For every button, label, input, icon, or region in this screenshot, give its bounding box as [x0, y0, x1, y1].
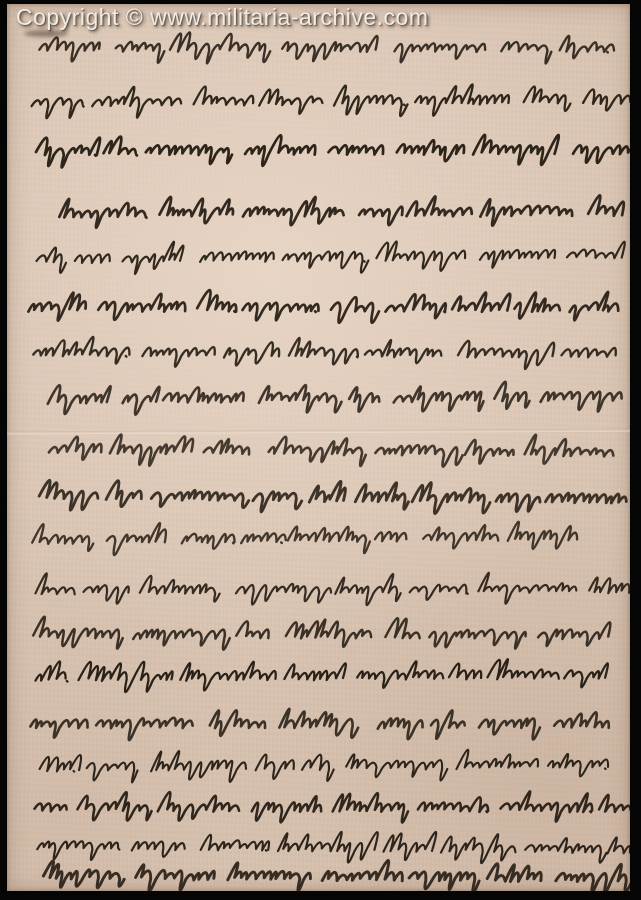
handwriting-line — [48, 382, 622, 415]
handwriting-stroke — [40, 750, 608, 783]
handwriting-line — [32, 84, 630, 118]
handwriting-stroke — [33, 337, 615, 369]
handwriting-line — [36, 573, 630, 605]
handwriting-stroke — [39, 32, 614, 63]
handwriting-line — [28, 290, 618, 323]
handwriting-stroke — [49, 434, 613, 466]
handwriting-line — [37, 241, 625, 273]
handwriting-stroke — [37, 241, 625, 273]
handwriting-stroke — [36, 573, 630, 605]
handwriting-line — [33, 337, 615, 369]
handwriting-stroke — [36, 135, 630, 168]
handwriting-stroke — [43, 860, 630, 891]
handwriting-line — [39, 32, 614, 63]
handwriting-stroke — [59, 195, 623, 227]
handwriting-stroke — [39, 480, 626, 513]
handwriting-line — [39, 480, 626, 513]
handwriting-stroke — [36, 659, 608, 692]
handwriting-line — [40, 750, 608, 783]
handwriting-stroke — [30, 709, 608, 740]
handwriting-line — [43, 860, 630, 891]
handwriting-line — [30, 709, 608, 740]
handwriting-stroke — [33, 617, 610, 650]
handwriting-line — [36, 135, 630, 168]
handwriting-stroke — [28, 290, 618, 323]
scanned-letter: Copyright © www.militaria-archive.com — [0, 0, 641, 900]
handwriting-stroke — [48, 382, 622, 415]
handwriting-stroke — [32, 522, 577, 555]
handwriting-line — [35, 791, 631, 822]
handwriting-line — [32, 522, 577, 555]
handwriting-line — [36, 659, 608, 692]
handwriting-line — [37, 832, 630, 863]
handwriting-line — [59, 195, 623, 227]
handwriting-stroke — [35, 791, 631, 822]
handwriting-line — [49, 434, 613, 466]
handwriting-stroke — [37, 832, 630, 863]
handwriting-line — [33, 617, 610, 650]
letter-paper — [7, 4, 630, 891]
handwriting-stroke — [32, 84, 630, 118]
handwriting-svg — [7, 4, 630, 891]
